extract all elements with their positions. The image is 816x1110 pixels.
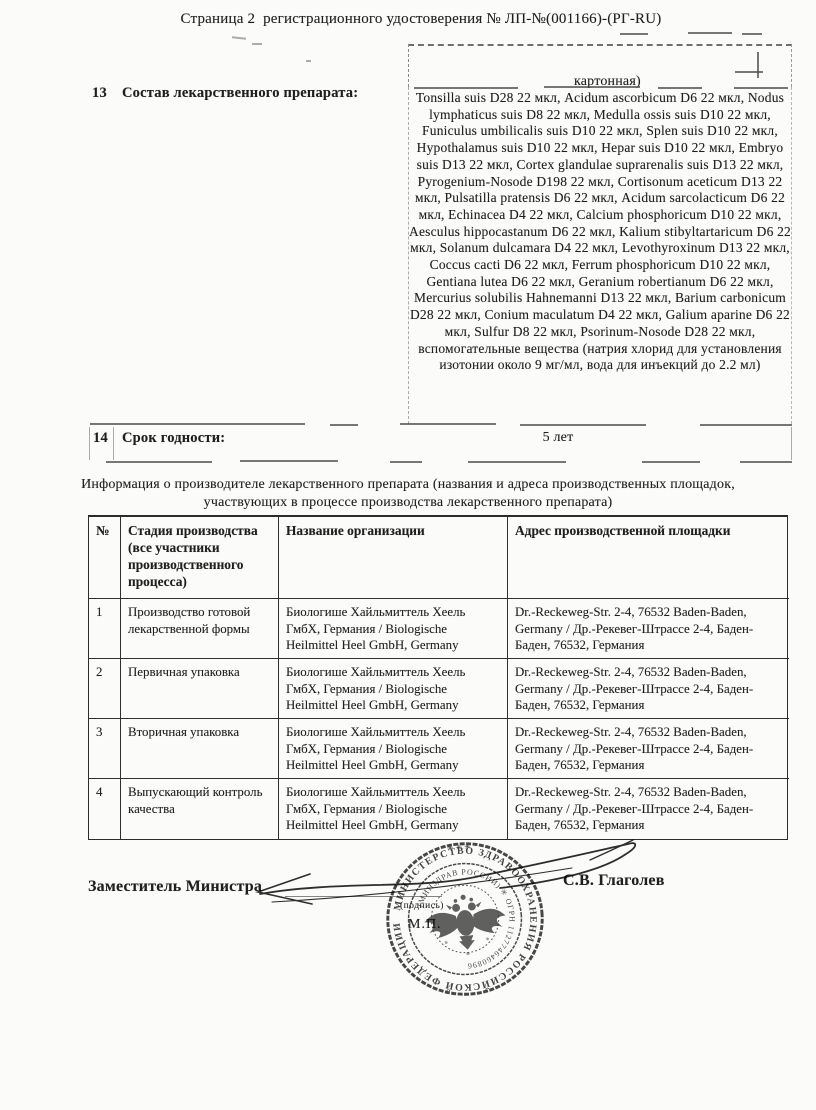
scan-artifact-line bbox=[113, 427, 114, 460]
table-row-3-number: 3 bbox=[89, 719, 121, 779]
col-header-stage: Стадия производства (все участники произ… bbox=[121, 517, 279, 599]
scan-artifact-line bbox=[89, 427, 90, 460]
table-row-2-number: 2 bbox=[89, 659, 121, 719]
scan-artifact-line bbox=[390, 461, 422, 463]
table-row-1-organization: Биологише Хайльмиттель Хеель ГмбХ, Герма… bbox=[279, 599, 508, 659]
scan-artifact-line bbox=[252, 43, 262, 45]
carryover-cell: картонная) bbox=[408, 44, 792, 87]
item-13-label: Состав лекарственного препарата: bbox=[122, 85, 358, 102]
manufacturer-info-paragraph: Информация о производителе лекарственног… bbox=[73, 476, 743, 511]
scan-artifact-line bbox=[306, 60, 311, 62]
table-row-3-stage: Вторичная упаковка bbox=[121, 719, 279, 779]
table-row-3-address: Dr.-Reckeweg-Str. 2-4, 76532 Baden-Baden… bbox=[508, 719, 789, 779]
scan-artifact-line bbox=[400, 423, 496, 425]
scan-artifact-line bbox=[742, 33, 762, 35]
item-14-label: Срок годности: bbox=[122, 430, 225, 447]
scan-artifact-line bbox=[240, 460, 338, 462]
eagle-emblem-icon bbox=[422, 891, 508, 958]
scan-artifact-line bbox=[520, 424, 646, 426]
composition-text: Tonsilla suis D28 22 мкл, Acidum ascorbi… bbox=[409, 90, 791, 374]
scan-artifact-line bbox=[700, 424, 792, 426]
scan-artifact-line bbox=[90, 423, 305, 425]
scan-artifact-line bbox=[642, 461, 700, 463]
scan-artifact-line bbox=[468, 461, 566, 463]
table-row-3-organization: Биологише Хайльмиттель Хеель ГмбХ, Герма… bbox=[279, 719, 508, 779]
shelf-life-value: 5 лет bbox=[408, 430, 708, 446]
scan-artifact-line bbox=[232, 36, 246, 39]
scan-artifact-line bbox=[791, 427, 792, 460]
table-row-4-number: 4 bbox=[89, 779, 121, 839]
table-row-2-address: Dr.-Reckeweg-Str. 2-4, 76532 Baden-Baden… bbox=[508, 659, 789, 719]
official-seal: МИНИСТЕРСТВО ЗДРАВООХРАНЕНИЯ РОССИЙСКОЙ … bbox=[358, 812, 573, 1027]
manufacturer-table: № Стадия производства (все участники про… bbox=[88, 515, 788, 840]
item-13-number: 13 bbox=[92, 85, 107, 102]
scan-artifact-line bbox=[740, 461, 792, 463]
scan-artifact-line bbox=[106, 461, 212, 463]
table-row-1-address: Dr.-Reckeweg-Str. 2-4, 76532 Baden-Baden… bbox=[508, 599, 789, 659]
scan-artifact-line bbox=[688, 32, 732, 34]
table-row-2-organization: Биологише Хайльмиттель Хеель ГмбХ, Герма… bbox=[279, 659, 508, 719]
scan-artifact-line bbox=[330, 424, 358, 426]
col-header-address: Адрес производственной площадки bbox=[508, 517, 789, 599]
scan-artifact-line bbox=[620, 33, 648, 35]
table-row-1-stage: Производство готовой лекарственной формы bbox=[121, 599, 279, 659]
col-header-organization: Название организации bbox=[279, 517, 508, 599]
table-row-1-number: 1 bbox=[89, 599, 121, 659]
scanned-certificate-page: Страница 2 регистрационного удостоверени… bbox=[0, 0, 816, 1110]
page-header: Страница 2 регистрационного удостоверени… bbox=[0, 11, 816, 28]
col-header-number: № bbox=[89, 517, 121, 599]
item-14-number: 14 bbox=[93, 430, 108, 447]
table-row-2-stage: Первичная упаковка bbox=[121, 659, 279, 719]
